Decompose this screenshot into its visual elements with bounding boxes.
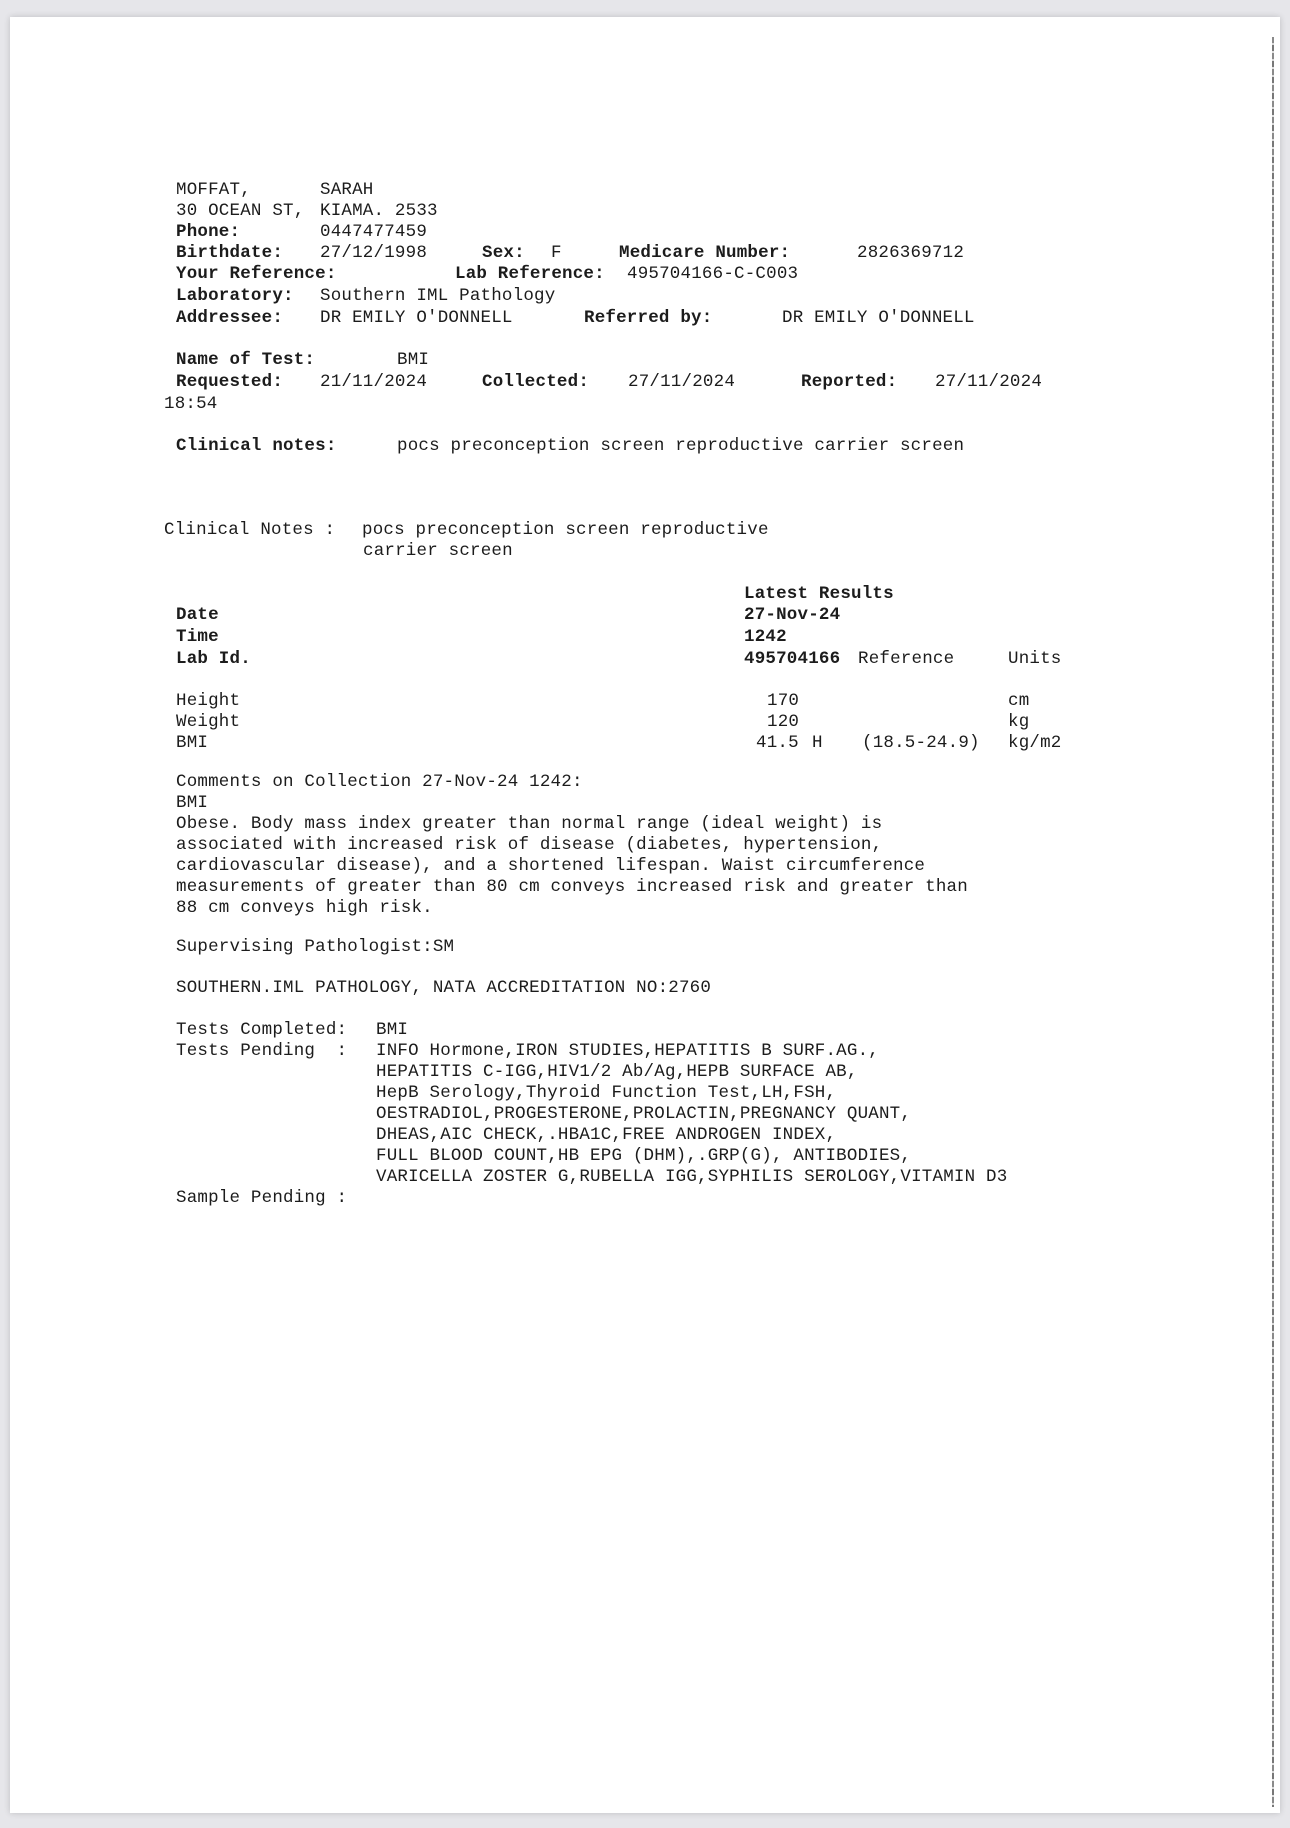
comments-subject: BMI [176, 793, 208, 814]
comment-line: associated with increased risk of diseas… [176, 835, 882, 856]
patient-given-name: SARAH [320, 180, 374, 201]
birthdate-value: 27/12/1998 [320, 243, 427, 264]
result-reference: (18.5-24.9) [862, 733, 980, 754]
addressee-value: DR EMILY O'DONNELL [320, 308, 513, 329]
pending-test-line: FULL BLOOD COUNT,HB EPG (DHM),.GRP(G), A… [376, 1146, 911, 1167]
supervising-pathologist: Supervising Pathologist:SM [176, 937, 454, 958]
reported-label: Reported: [801, 372, 897, 393]
lab-reference-value: 495704166-C-C003 [627, 264, 798, 285]
reported-time: 18:54 [164, 394, 218, 415]
reported-value: 27/11/2024 [935, 372, 1042, 393]
result-name: Weight [176, 712, 240, 733]
lab-id-label: Lab Id. [176, 649, 251, 670]
tests-completed-value: BMI [376, 1020, 408, 1041]
birthdate-label: Birthdate: [176, 243, 283, 264]
lab-reference-label: Lab Reference: [455, 264, 605, 285]
pending-test-line: DHEAS,AIC CHECK,.HBA1C,FREE ANDROGEN IND… [376, 1125, 836, 1146]
comment-line: Obese. Body mass index greater than norm… [176, 814, 882, 835]
pending-test-line: VARICELLA ZOSTER G,RUBELLA IGG,SYPHILIS … [376, 1167, 1007, 1188]
result-value: 120 [767, 712, 799, 733]
test-name-label: Name of Test: [176, 350, 315, 371]
tests-completed-label: Tests Completed: [176, 1020, 347, 1041]
time-value: 1242 [744, 627, 787, 648]
pending-test-line: HEPATITIS C-IGG,HIV1/2 Ab/Ag,HEPB SURFAC… [376, 1062, 858, 1083]
date-value: 27-Nov-24 [744, 605, 840, 626]
report-clinical-notes-line1: pocs preconception screen reproductive [362, 520, 769, 541]
report-clinical-notes-label: Clinical Notes : [164, 520, 335, 541]
address-street: 30 OCEAN ST, [176, 201, 304, 222]
clinical-notes-label: Clinical notes: [176, 436, 337, 457]
address-city: KIAMA. 2533 [320, 201, 438, 222]
sex-value: F [551, 243, 562, 264]
pending-test-line: HepB Serology,Thyroid Function Test,LH,F… [376, 1083, 836, 1104]
result-value: 41.5 [756, 733, 799, 754]
requested-value: 21/11/2024 [320, 372, 427, 393]
laboratory-label: Laboratory: [176, 286, 294, 307]
result-flag: H [812, 733, 823, 754]
addressee-label: Addressee: [176, 308, 283, 329]
medicare-value: 2826369712 [857, 243, 964, 264]
phone-label: Phone: [176, 222, 240, 243]
sex-label: Sex: [482, 243, 525, 264]
result-name: BMI [176, 733, 208, 754]
result-units: cm [1008, 691, 1029, 712]
clinical-notes-value: pocs preconception screen reproductive c… [397, 436, 964, 457]
time-label: Time [176, 627, 219, 648]
units-header: Units [1008, 649, 1062, 670]
comment-line: cardiovascular disease), and a shortened… [176, 856, 925, 877]
reference-header: Reference [858, 649, 954, 670]
collected-value: 27/11/2024 [628, 372, 735, 393]
medicare-label: Medicare Number: [619, 243, 790, 264]
result-units: kg [1008, 712, 1029, 733]
lab-id-value: 495704166 [744, 649, 840, 670]
patient-surname: MOFFAT, [176, 180, 251, 201]
accreditation: SOUTHERN.IML PATHOLOGY, NATA ACCREDITATI… [176, 978, 711, 999]
your-reference-label: Your Reference: [176, 264, 337, 285]
pending-test-line: INFO Hormone,IRON STUDIES,HEPATITIS B SU… [376, 1041, 879, 1062]
comment-line: 88 cm conveys high risk. [176, 898, 433, 919]
sample-pending-label: Sample Pending : [176, 1188, 347, 1209]
tests-pending-label: Tests Pending : [176, 1041, 347, 1062]
scan-edge-artifact [1272, 37, 1274, 1807]
referred-by-label: Referred by: [584, 308, 712, 329]
result-value: 170 [767, 691, 799, 712]
phone-value: 0447477459 [320, 222, 427, 243]
referred-by-value: DR EMILY O'DONNELL [782, 308, 975, 329]
date-label: Date [176, 605, 219, 626]
result-name: Height [176, 691, 240, 712]
test-name-value: BMI [397, 350, 429, 371]
comment-line: measurements of greater than 80 cm conve… [176, 877, 968, 898]
report-clinical-notes-line2: carrier screen [363, 541, 513, 562]
laboratory-value: Southern IML Pathology [320, 286, 555, 307]
collected-label: Collected: [482, 372, 589, 393]
requested-label: Requested: [176, 372, 283, 393]
pending-test-line: OESTRADIOL,PROGESTERONE,PROLACTIN,PREGNA… [376, 1104, 911, 1125]
latest-results-label: Latest Results [744, 584, 894, 605]
result-units: kg/m2 [1008, 733, 1062, 754]
comments-header: Comments on Collection 27-Nov-24 1242: [176, 772, 583, 793]
